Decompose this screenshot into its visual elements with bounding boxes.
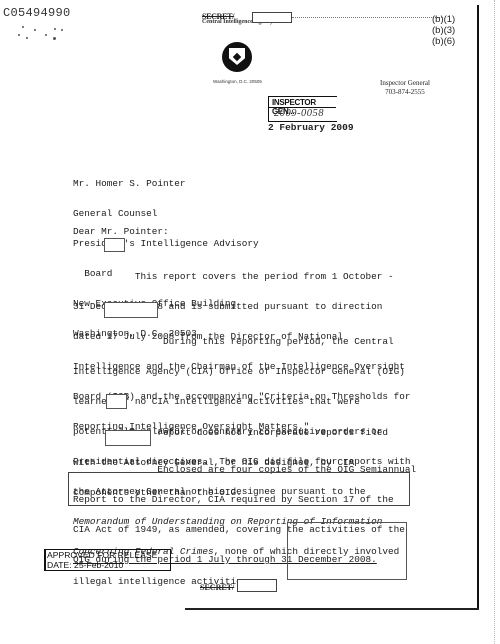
classification-marking-bottom: SECRET/ [200, 583, 234, 592]
redaction-box [237, 579, 277, 592]
release-label: APPROVED FOR RELEASE [47, 550, 170, 560]
address-line: Mr. Homer S. Pointer [73, 179, 443, 189]
document-id: C05494990 [3, 6, 71, 20]
redaction-box [104, 302, 158, 318]
exemption-code: (b)(1) [432, 14, 455, 25]
cia-seal-icon [222, 42, 252, 72]
scan-edge [494, 0, 496, 644]
redaction-box [104, 238, 125, 252]
header-classification: SECRET/ Central Intelligence Agency [202, 12, 452, 26]
redaction-box [105, 430, 151, 446]
inspector-general-stamp: INSPECTOR GEN... 2009-0058 [268, 96, 338, 122]
office-block: Inspector General 703-874-2555 [380, 79, 430, 97]
exemption-code: (b)(3) [432, 25, 455, 36]
redaction-box-large [68, 472, 410, 506]
stamp-control-number: 2009-0058 [274, 108, 324, 119]
address-line: General Counsel [73, 209, 443, 219]
signature-redaction-box [287, 522, 407, 580]
exemption-code: (b)(6) [432, 36, 455, 47]
salutation: Dear Mr. Pointer: [73, 227, 443, 237]
dotted-rule [292, 17, 442, 18]
exemption-codes: (b)(1) (b)(3) (b)(6) [432, 14, 455, 47]
release-approval-stamp: APPROVED FOR RELEASE DATE: 25-Feb-2010 [44, 549, 171, 571]
page-border-bottom [185, 608, 479, 610]
page-border-right [477, 5, 479, 610]
letter-date: 2 February 2009 [268, 122, 354, 133]
redaction-box [252, 12, 292, 23]
office-name: Inspector General [380, 79, 430, 88]
release-date: DATE: 25-Feb-2010 [47, 560, 170, 570]
agency-location: Washington, D.C. 20505 [213, 79, 262, 84]
office-phone: 703-874-2555 [380, 88, 430, 97]
redaction-box [106, 394, 127, 409]
